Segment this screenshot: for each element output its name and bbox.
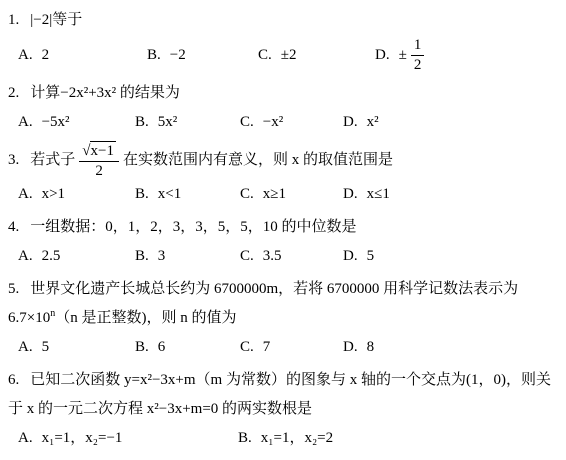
question-stem-text: |−2|等于 [30,12,82,28]
question-6-stem: 6.已知二次函数 y=x²−3x+m（m 为常数）的图象与 x 轴的一个交点为(… [8,366,558,424]
option-c: C.x≥1 [240,180,343,209]
option-label: A. [18,248,33,264]
option-d: D.±12 [375,37,558,75]
option-text: −2 [170,47,186,63]
option-c: C.−x² [240,108,343,137]
option-c: C.±2 [258,41,375,70]
option-text: 7 [263,339,271,355]
option-label: D. [343,114,358,130]
option-label: C. [240,248,254,264]
question-2-options: A.−5x² B.5x² C.−x² D.x² [8,108,558,137]
option-label: B. [238,430,252,446]
option-a: A.2.5 [18,242,135,271]
option-b: B.−2 [147,41,258,70]
question-3-stem: 3.若式子√x−12在实数范围内有意义，则 x 的取值范围是 [8,141,558,181]
fraction-denominator: 2 [79,162,119,180]
option-label: B. [147,47,161,63]
question-1: 1.|−2|等于 A.2 B.−2 C.±2 D.±12 [8,6,558,75]
question-2: 2.计算−2x²+3x² 的结果为 A.−5x² B.5x² C.−x² D.x… [8,79,558,137]
option-a: A.x₁=1，x₂=−1 [18,424,238,453]
option-label: C. [240,186,254,202]
fraction: √x−12 [79,141,119,181]
question-6-options: A.x₁=1，x₂=−1 B.x₁=1，x₂=2 [8,424,558,453]
option-d: D.x² [343,108,558,137]
option-b: B.x₁=1，x₂=2 [238,424,558,453]
fraction-denominator: 2 [411,56,425,74]
option-a: A.x>1 [18,180,135,209]
option-d: D.8 [343,333,558,362]
question-stem-text: 一组数据：0，1，2，3，3，5，5，10 的中位数是 [30,219,356,235]
option-a: A.−5x² [18,108,135,137]
option-label: B. [135,186,149,202]
option-a: A.2 [18,41,147,70]
option-label: D. [343,248,358,264]
fraction-numerator: 1 [411,37,425,56]
question-5-options: A.5 B.6 C.7 D.8 [8,333,558,362]
question-1-stem: 1.|−2|等于 [8,6,558,35]
question-4: 4.一组数据：0，1，2，3，3，5，5，10 的中位数是 A.2.5 B.3 … [8,213,558,271]
question-stem-text: 若式子 [30,152,75,168]
option-d: D.x≤1 [343,180,558,209]
option-text: 2 [42,47,50,63]
question-number: 2. [8,85,19,101]
option-b: B.x<1 [135,180,240,209]
option-b: B.5x² [135,108,240,137]
option-text: ±2 [281,47,297,63]
question-3: 3.若式子√x−12在实数范围内有意义，则 x 的取值范围是 A.x>1 B.x… [8,141,558,210]
fraction-numerator: √x−1 [79,141,119,162]
question-number: 3. [8,152,19,168]
option-label: A. [18,339,33,355]
question-stem-text: 已知二次函数 y=x²−3x+m（m 为常数）的图象与 x 轴的一个交点为(1，… [8,372,551,417]
option-d: D.5 [343,242,558,271]
option-label: A. [18,114,33,130]
option-text: 5 [42,339,50,355]
plus-minus-sign: ± [399,47,407,63]
option-label: D. [343,339,358,355]
option-text: −x² [263,114,283,130]
option-text: −5x² [42,114,70,130]
option-text: x₁=1，x₂=−1 [42,430,123,446]
exam-page: 1.|−2|等于 A.2 B.−2 C.±2 D.±12 2.计算−2x²+3x… [0,0,566,453]
option-a: A.5 [18,333,135,362]
radicand: x−1 [90,141,116,160]
option-label: D. [375,47,390,63]
option-label: C. [258,47,272,63]
question-2-stem: 2.计算−2x²+3x² 的结果为 [8,79,558,108]
option-text: 6 [158,339,166,355]
question-number: 5. [8,281,19,297]
question-4-stem: 4.一组数据：0，1，2，3，3，5，5，10 的中位数是 [8,213,558,242]
question-stem-text: （n 是正整数)，则 n 的值为 [55,310,236,326]
option-text: 5x² [158,114,178,130]
option-text: 3.5 [263,248,282,264]
question-stem-text: 计算−2x²+3x² 的结果为 [30,85,180,101]
fraction: 12 [411,37,425,75]
option-text: 3 [158,248,166,264]
question-3-options: A.x>1 B.x<1 C.x≥1 D.x≤1 [8,180,558,209]
option-c: C.3.5 [240,242,343,271]
question-stem-text: 在实数范围内有意义，则 x 的取值范围是 [123,152,393,168]
option-text: x<1 [158,186,181,202]
option-text: x₁=1，x₂=2 [261,430,333,446]
question-6: 6.已知二次函数 y=x²−3x+m（m 为常数）的图象与 x 轴的一个交点为(… [8,366,558,453]
option-b: B.6 [135,333,240,362]
question-number: 4. [8,219,19,235]
question-4-options: A.2.5 B.3 C.3.5 D.5 [8,242,558,271]
option-b: B.3 [135,242,240,271]
option-label: C. [240,339,254,355]
option-text: x² [367,114,379,130]
option-label: B. [135,339,149,355]
option-text: 2.5 [42,248,61,264]
option-label: A. [18,47,33,63]
option-label: A. [18,186,33,202]
option-label: C. [240,114,254,130]
option-text: x>1 [42,186,65,202]
option-label: D. [343,186,358,202]
question-5-stem: 5.世界文化遗产长城总长约为 6700000m，若将 6700000 用科学记数… [8,275,558,333]
option-c: C.7 [240,333,343,362]
question-number: 6. [8,372,19,388]
option-text: 8 [367,339,375,355]
question-number: 1. [8,12,19,28]
option-label: B. [135,114,149,130]
option-label: B. [135,248,149,264]
option-text: 5 [367,248,375,264]
option-text: x≤1 [367,186,390,202]
question-5: 5.世界文化遗产长城总长约为 6700000m，若将 6700000 用科学记数… [8,275,558,362]
option-text: x≥1 [263,186,286,202]
question-1-options: A.2 B.−2 C.±2 D.±12 [8,37,558,75]
option-label: A. [18,430,33,446]
